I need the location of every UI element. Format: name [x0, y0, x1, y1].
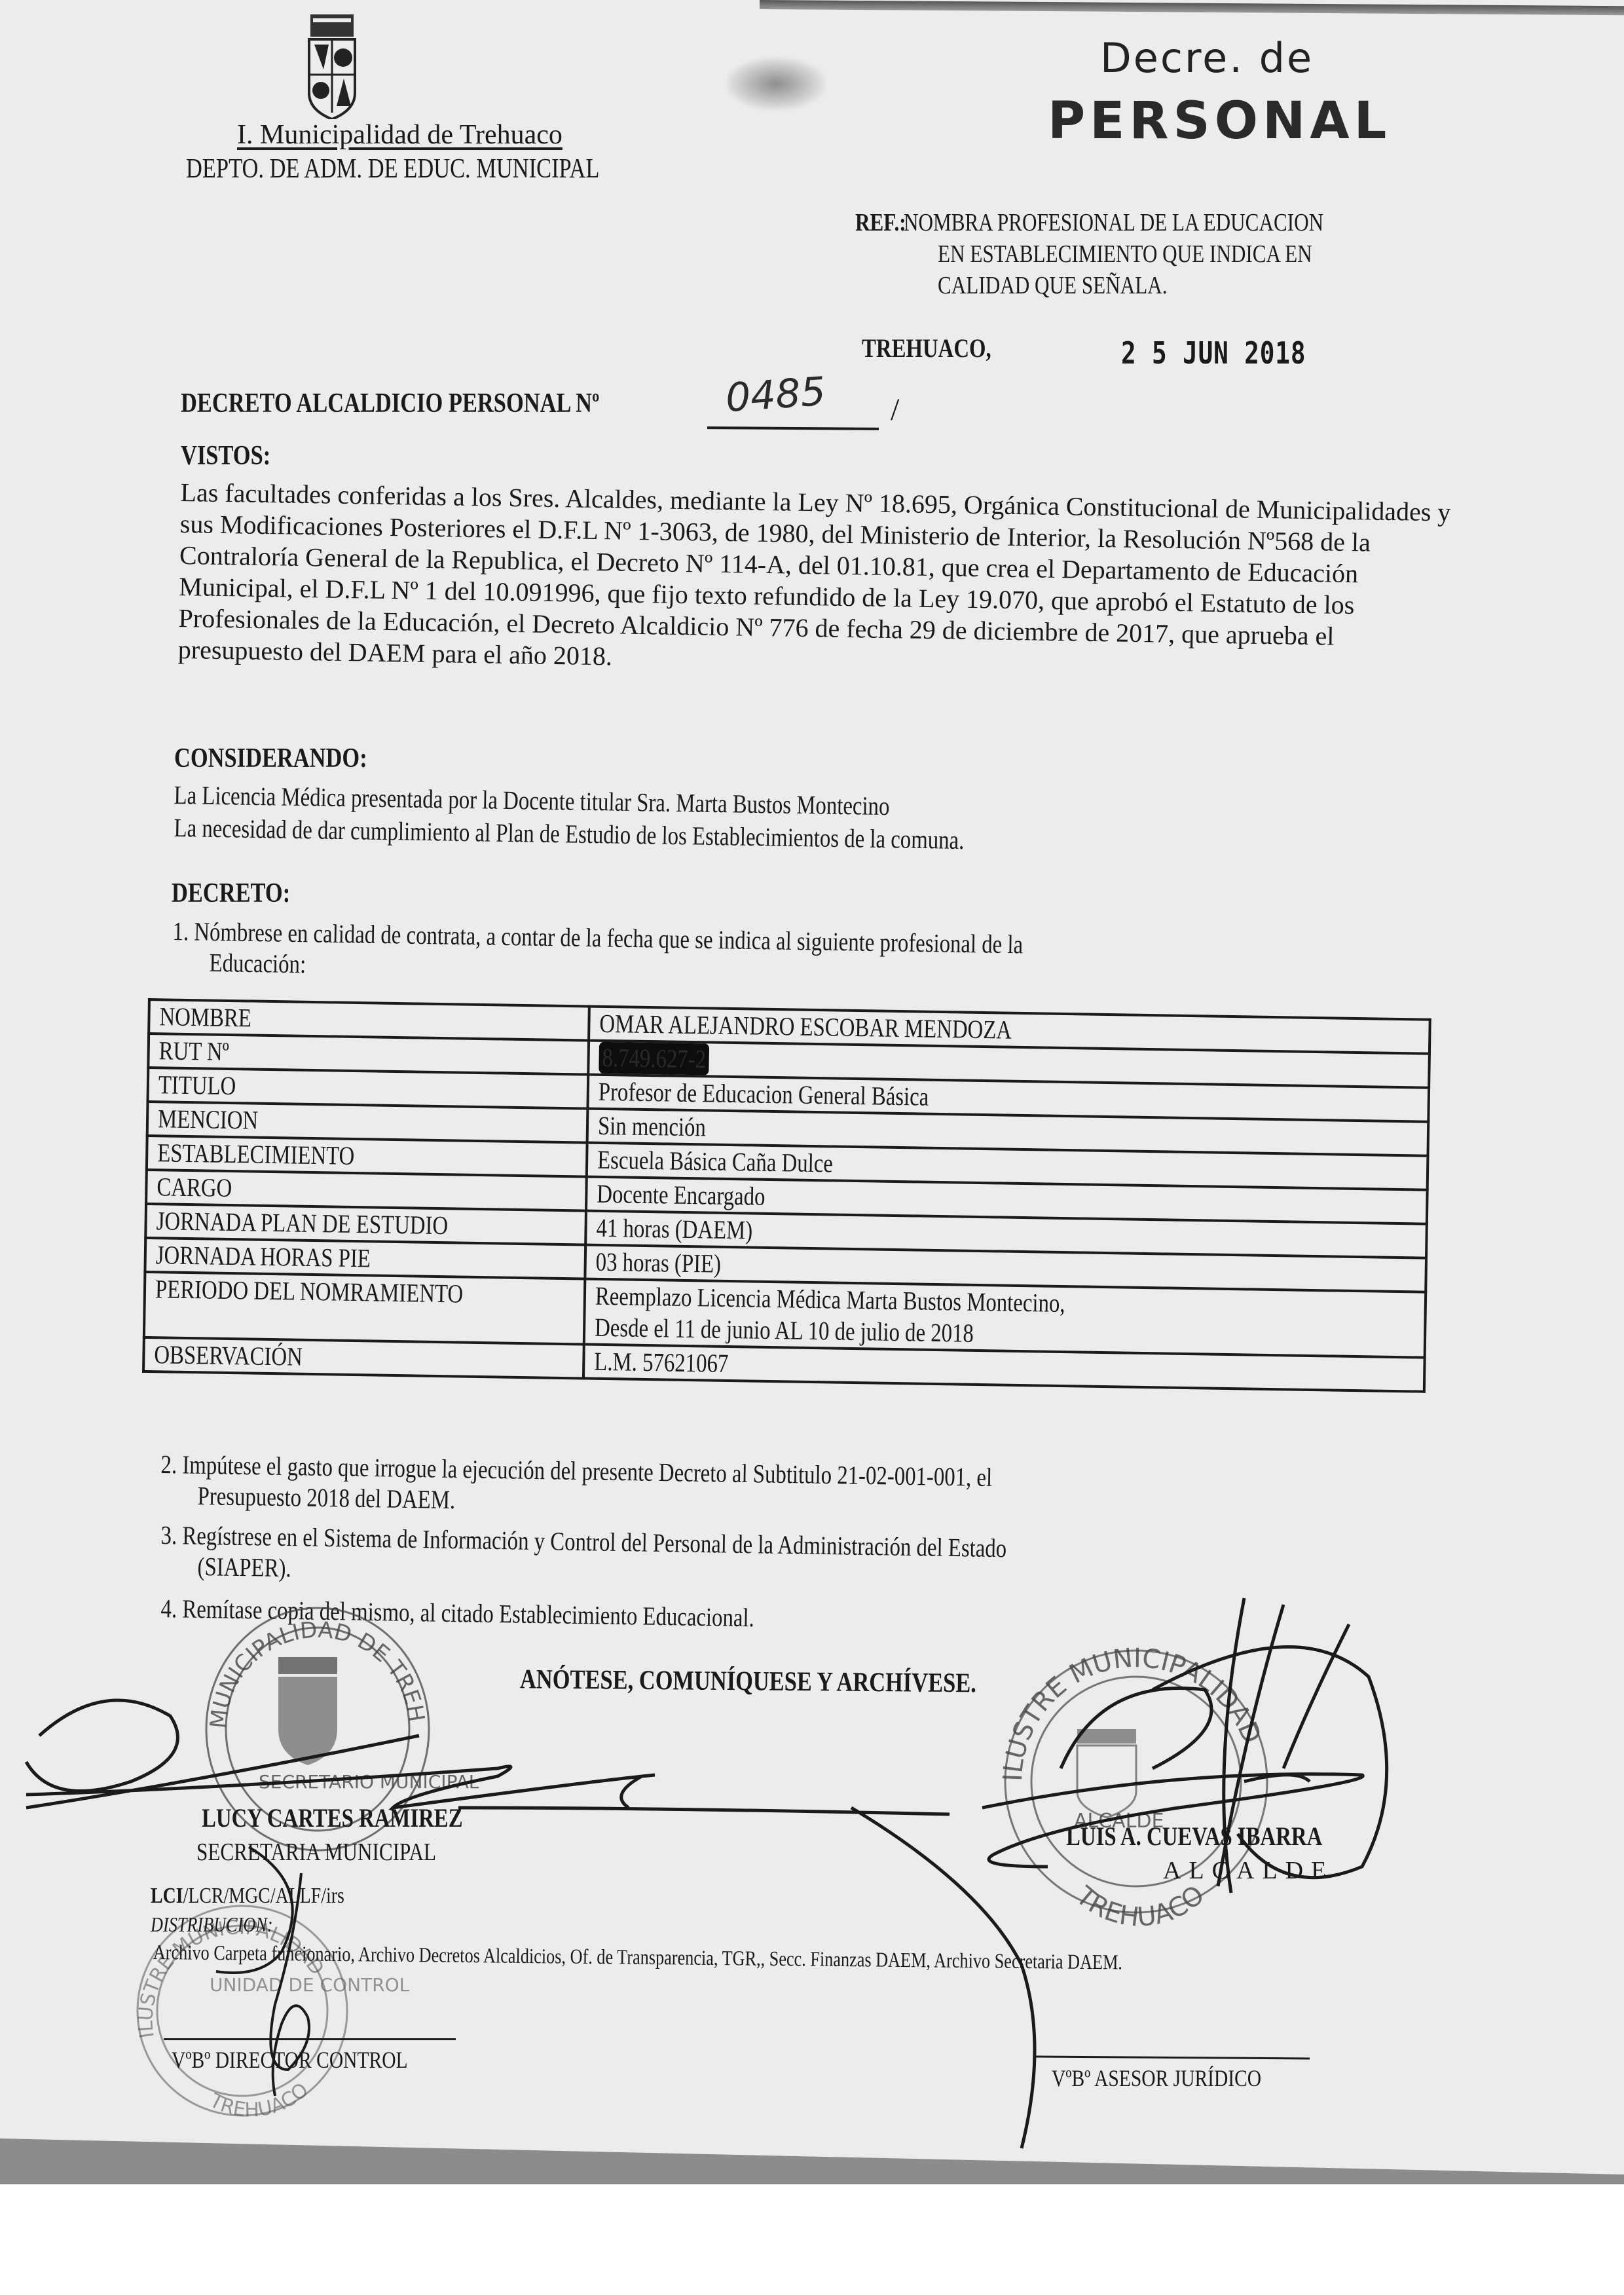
decree-type-stamp-line1: Decre. de — [1100, 34, 1314, 82]
mayor-role: ALCALDE — [1163, 1856, 1334, 1885]
legal-approval-label: VºBº ASESOR JURÍDICO — [1052, 2064, 1307, 2092]
reference-line: NOMBRA PROFESIONAL DE LA EDUCACION — [904, 208, 1416, 237]
closing-formula: ANÓTESE, COMUNÍQUESE Y ARCHÍVESE. — [520, 1664, 1077, 1700]
ink-smudge — [727, 58, 825, 110]
redacted-rut: 8.749.627-2 — [599, 1042, 709, 1075]
section-title-vistos: VISTOS: — [181, 440, 290, 472]
field-label: PERIODO DEL NOMRAMIENTO — [144, 1272, 585, 1345]
appointment-table: NOMBREOMAR ALEJANDRO ESCOBAR MENDOZARUT … — [142, 998, 1431, 1393]
decree-number-slash: / — [891, 392, 899, 428]
decree-number-handwritten: 0485 — [724, 369, 827, 421]
secretary-name: LUCY CARTES RAMIREZ — [202, 1802, 520, 1833]
decree-number-label: DECRETO ALCALDICIO PERSONAL Nº — [181, 388, 692, 419]
secretary-role: SECRETARIA MUNICIPAL — [196, 1838, 489, 1867]
drafting-initials: LCI/LCR/MGC/ALLF/irs — [151, 1884, 387, 1909]
reference-line: EN ESTABLECIMIENTO QUE INDICA EN — [938, 240, 1394, 269]
decree-item-3-continued: (SIAPER). — [197, 1551, 312, 1584]
control-signature-line — [164, 2038, 456, 2040]
field-label: OBSERVACIÓN — [143, 1337, 584, 1379]
vistos-text: Las facultades conferidas a los Sres. Al… — [177, 477, 1464, 686]
coat-of-arms-icon — [306, 14, 358, 119]
section-title-decreto: DECRETO: — [172, 878, 316, 909]
section-title-considerando: CONSIDERANDO: — [174, 743, 409, 774]
distribution-label: DISTRIBUCION: — [151, 1912, 300, 1937]
decree-type-stamp-line2: PERSONAL — [1048, 92, 1391, 151]
decree-item-1-continued: Educación: — [209, 947, 327, 980]
decree-item-2-continued: Presupuesto 2018 del DAEM. — [197, 1480, 512, 1516]
municipality-name: I. Municipalidad de Trehuaco — [237, 119, 563, 151]
control-approval-label: VºBº DIRECTOR CONTROL — [172, 2046, 460, 2074]
dateline-place: TREHUACO, — [862, 333, 1020, 364]
date-stamp: 2 5 JUN 2018 — [1121, 335, 1346, 371]
mayor-name: LUIS A. CUEVAS IBARRA — [1066, 1821, 1378, 1852]
reference-line: CALIDAD QUE SEÑALA. — [938, 271, 1217, 300]
department-name: DEPTO. DE ADM. DE EDUC. MUNICIPAL — [186, 153, 690, 185]
